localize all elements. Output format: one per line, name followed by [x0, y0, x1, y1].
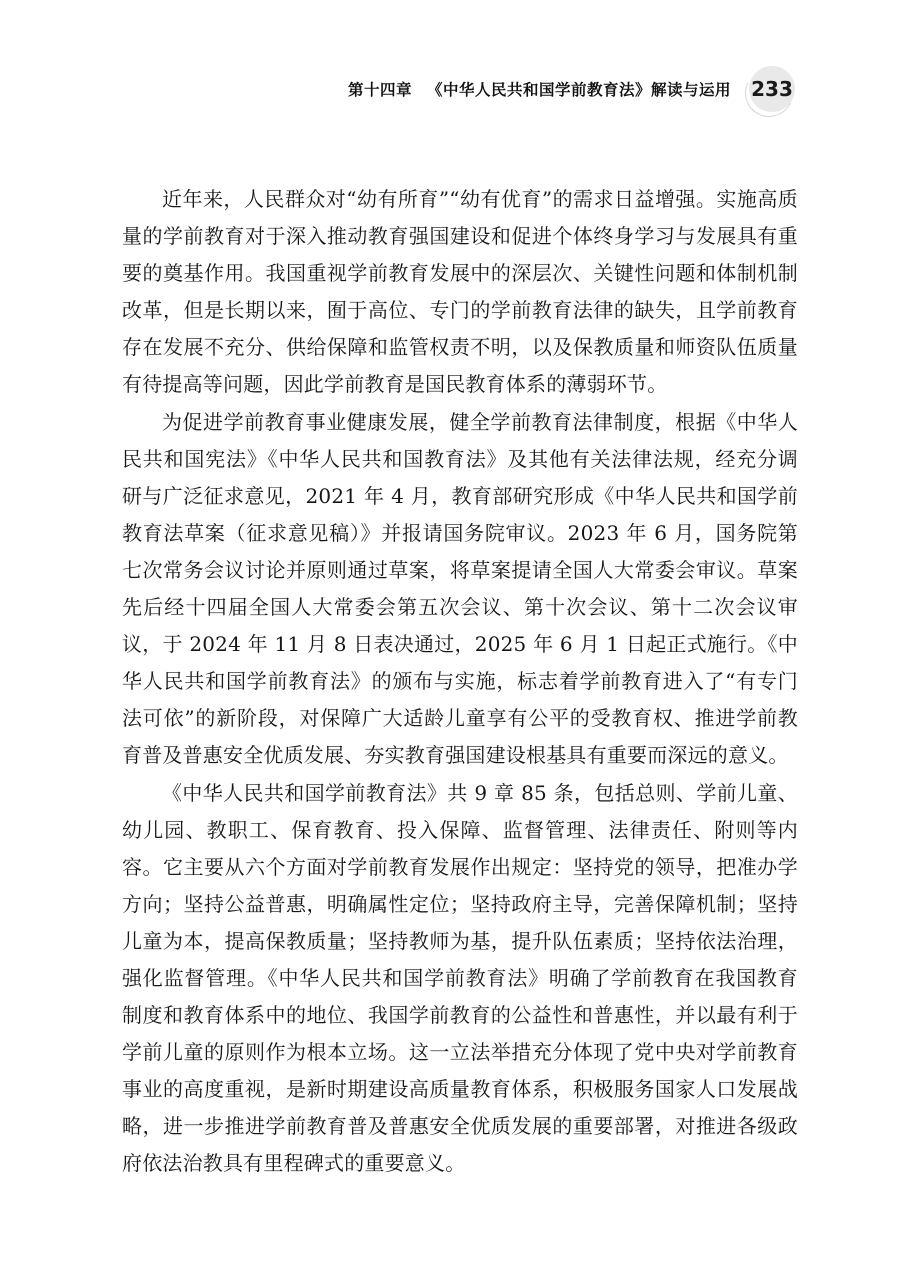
- paragraph-2: 为促进学前教育事业健康发展，健全学前教育法律制度，根据《中华人民共和国宪法》《中…: [122, 404, 798, 775]
- chapter-heading: 第十四章 《中华人民共和国学前教育法》解读与运用: [348, 78, 731, 100]
- paragraph-3: 《中华人民共和国学前教育法》共 9 章 85 条，包括总则、学前儿童、幼儿园、教…: [122, 775, 798, 1183]
- body-text: 近年来，人民群众对“幼有所育”“幼有优育”的需求日益增强。实施高质量的学前教育对…: [122, 181, 798, 1183]
- chapter-title: 《中华人民共和国学前教育法》解读与运用: [427, 78, 731, 100]
- chapter-label: 第十四章: [348, 78, 412, 100]
- page-number-badge: 233: [749, 66, 795, 112]
- page-number: 233: [751, 77, 793, 101]
- book-page: 第十四章 《中华人民共和国学前教育法》解读与运用 233 近年来，人民群众对“幼…: [0, 0, 900, 1271]
- running-header: 第十四章 《中华人民共和国学前教育法》解读与运用 233: [0, 64, 795, 114]
- paragraph-1: 近年来，人民群众对“幼有所育”“幼有优育”的需求日益增强。实施高质量的学前教育对…: [122, 181, 798, 404]
